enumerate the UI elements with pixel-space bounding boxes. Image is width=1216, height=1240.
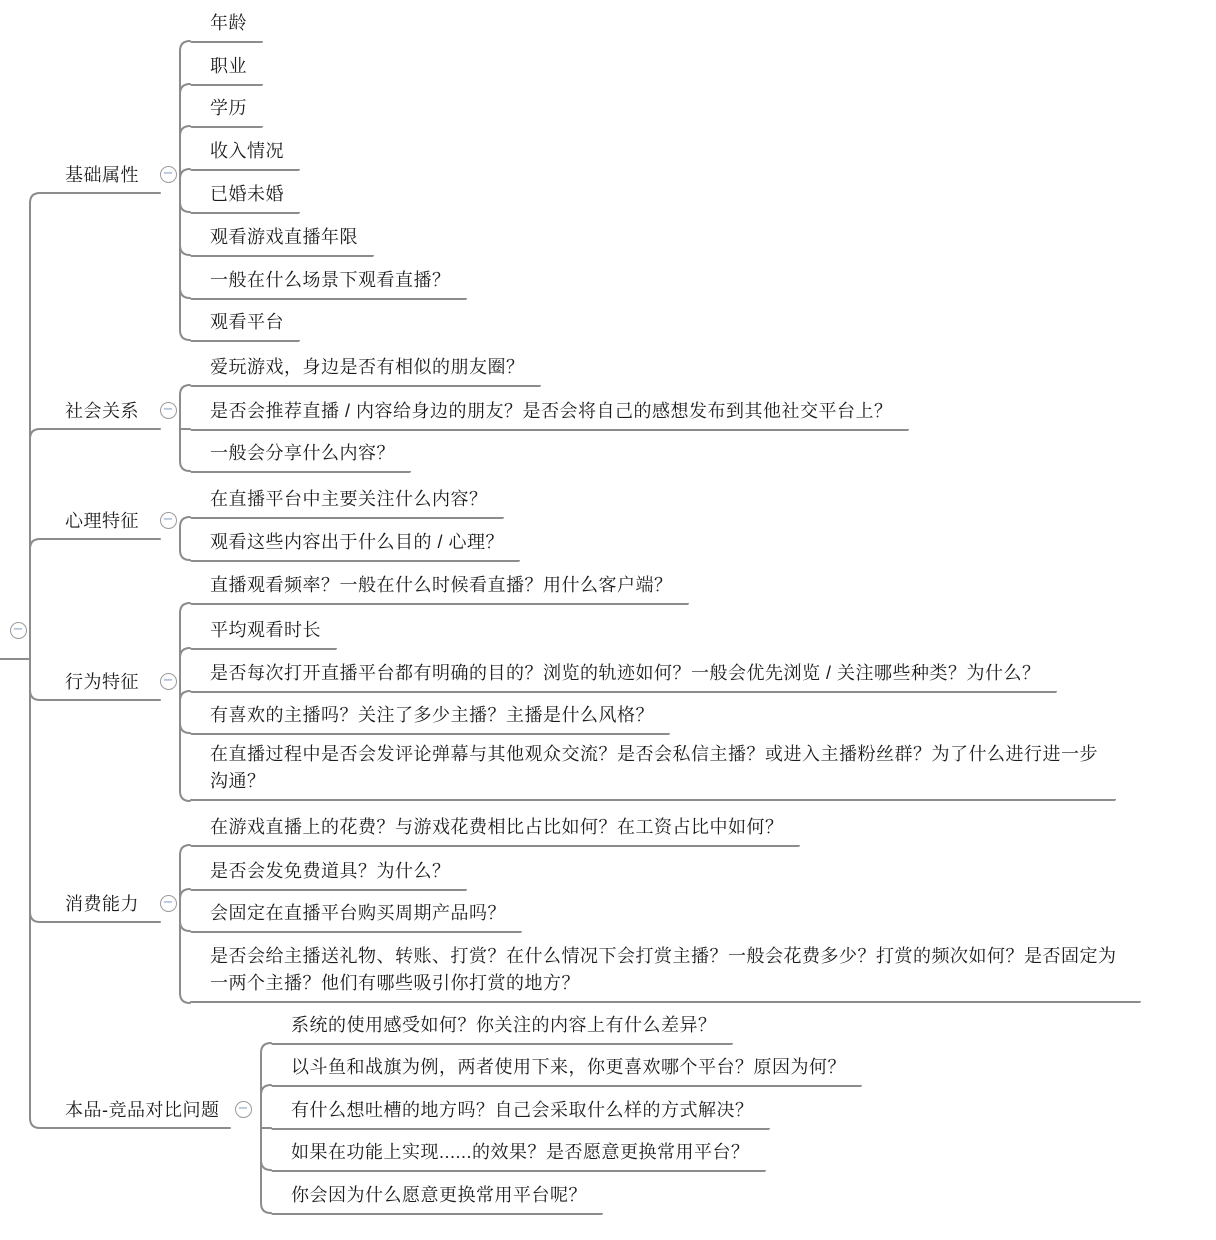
collapse-minus-icon-branch-5[interactable]: − bbox=[235, 1101, 252, 1118]
subtopic[interactable]: 爱玩游戏，身边是否有相似的朋友圈？ bbox=[190, 357, 541, 387]
subtopic[interactable]: 有喜欢的主播吗？关注了多少主播？主播是什么风格？ bbox=[190, 705, 670, 735]
subtopic[interactable]: 学历 bbox=[190, 98, 263, 128]
subtopic[interactable]: 你会因为什么愿意更换常用平台呢？ bbox=[271, 1185, 603, 1215]
subtopic[interactable]: 在直播平台中主要关注什么内容？ bbox=[190, 489, 504, 519]
subtopic[interactable]: 在直播过程中是否会发评论弹幕与其他观众交流？是否会私信主播？或进入主播粉丝群？为… bbox=[190, 741, 1116, 801]
subtopic[interactable]: 如果在功能上实现......的效果？是否愿意更换常用平台？ bbox=[271, 1142, 766, 1172]
collapse-minus-icon-branch-1[interactable]: − bbox=[160, 402, 177, 419]
subtopic[interactable]: 收入情况 bbox=[190, 141, 300, 171]
subtopic[interactable]: 年龄 bbox=[190, 13, 263, 43]
subtopic[interactable]: 系统的使用感受如何？你关注的内容上有什么差异？ bbox=[271, 1015, 733, 1045]
connector-lines bbox=[0, 0, 1216, 1240]
subtopic[interactable]: 观看平台 bbox=[190, 312, 300, 342]
subtopic[interactable]: 观看游戏直播年限 bbox=[190, 227, 374, 257]
subtopic[interactable]: 平均观看时长 bbox=[190, 620, 337, 650]
collapse-minus-icon-branch-4[interactable]: − bbox=[160, 895, 177, 912]
subtopic[interactable]: 是否会给主播送礼物、转账、打赏？在什么情况下会打赏主播？一般会花费多少？打赏的频… bbox=[190, 943, 1141, 1003]
subtopic[interactable]: 会固定在直播平台购买周期产品吗？ bbox=[190, 903, 522, 933]
subtopic[interactable]: 已婚未婚 bbox=[190, 184, 300, 214]
subtopic[interactable]: 一般会分享什么内容？ bbox=[190, 443, 411, 473]
collapse-minus-icon-branch-0[interactable]: − bbox=[160, 166, 177, 183]
subtopic[interactable]: 是否会推荐直播 / 内容给身边的朋友？是否会将自己的感想发布到其他社交平台上？ bbox=[190, 401, 909, 431]
subtopic[interactable]: 职业 bbox=[190, 56, 263, 86]
branch-topic[interactable]: 基础属性 bbox=[65, 165, 139, 185]
collapse-minus-icon-branch-3[interactable]: − bbox=[160, 673, 177, 690]
subtopic[interactable]: 观看这些内容出于什么目的 / 心理？ bbox=[190, 532, 520, 562]
subtopic[interactable]: 是否会发免费道具？为什么？ bbox=[190, 861, 467, 891]
branch-topic[interactable]: 社会关系 bbox=[65, 401, 139, 421]
branch-topic[interactable]: 本品-竞品对比问题 bbox=[65, 1100, 220, 1120]
subtopic[interactable]: 在游戏直播上的花费？与游戏花费相比占比如何？在工资占比中如何？ bbox=[190, 817, 800, 847]
subtopic[interactable]: 以斗鱼和战旗为例，两者使用下来，你更喜欢哪个平台？原因为何？ bbox=[271, 1057, 862, 1087]
subtopic[interactable]: 是否每次打开直播平台都有明确的目的？浏览的轨迹如何？一般会优先浏览 / 关注哪些… bbox=[190, 663, 1057, 693]
mindmap-canvas: −基础属性−年龄职业学历收入情况已婚未婚观看游戏直播年限一般在什么场景下观看直播… bbox=[0, 0, 1216, 1240]
collapse-minus-icon-branch-2[interactable]: − bbox=[160, 512, 177, 529]
branch-topic[interactable]: 消费能力 bbox=[65, 894, 139, 914]
subtopic[interactable]: 一般在什么场景下观看直播？ bbox=[190, 270, 467, 300]
collapse-minus-icon-root[interactable]: − bbox=[10, 622, 27, 639]
subtopic[interactable]: 有什么想吐槽的地方吗？自己会采取什么样的方式解决？ bbox=[271, 1100, 770, 1130]
subtopic[interactable]: 直播观看频率？一般在什么时候看直播？用什么客户端？ bbox=[190, 575, 689, 605]
branch-topic[interactable]: 行为特征 bbox=[65, 672, 139, 692]
branch-topic[interactable]: 心理特征 bbox=[65, 511, 139, 531]
